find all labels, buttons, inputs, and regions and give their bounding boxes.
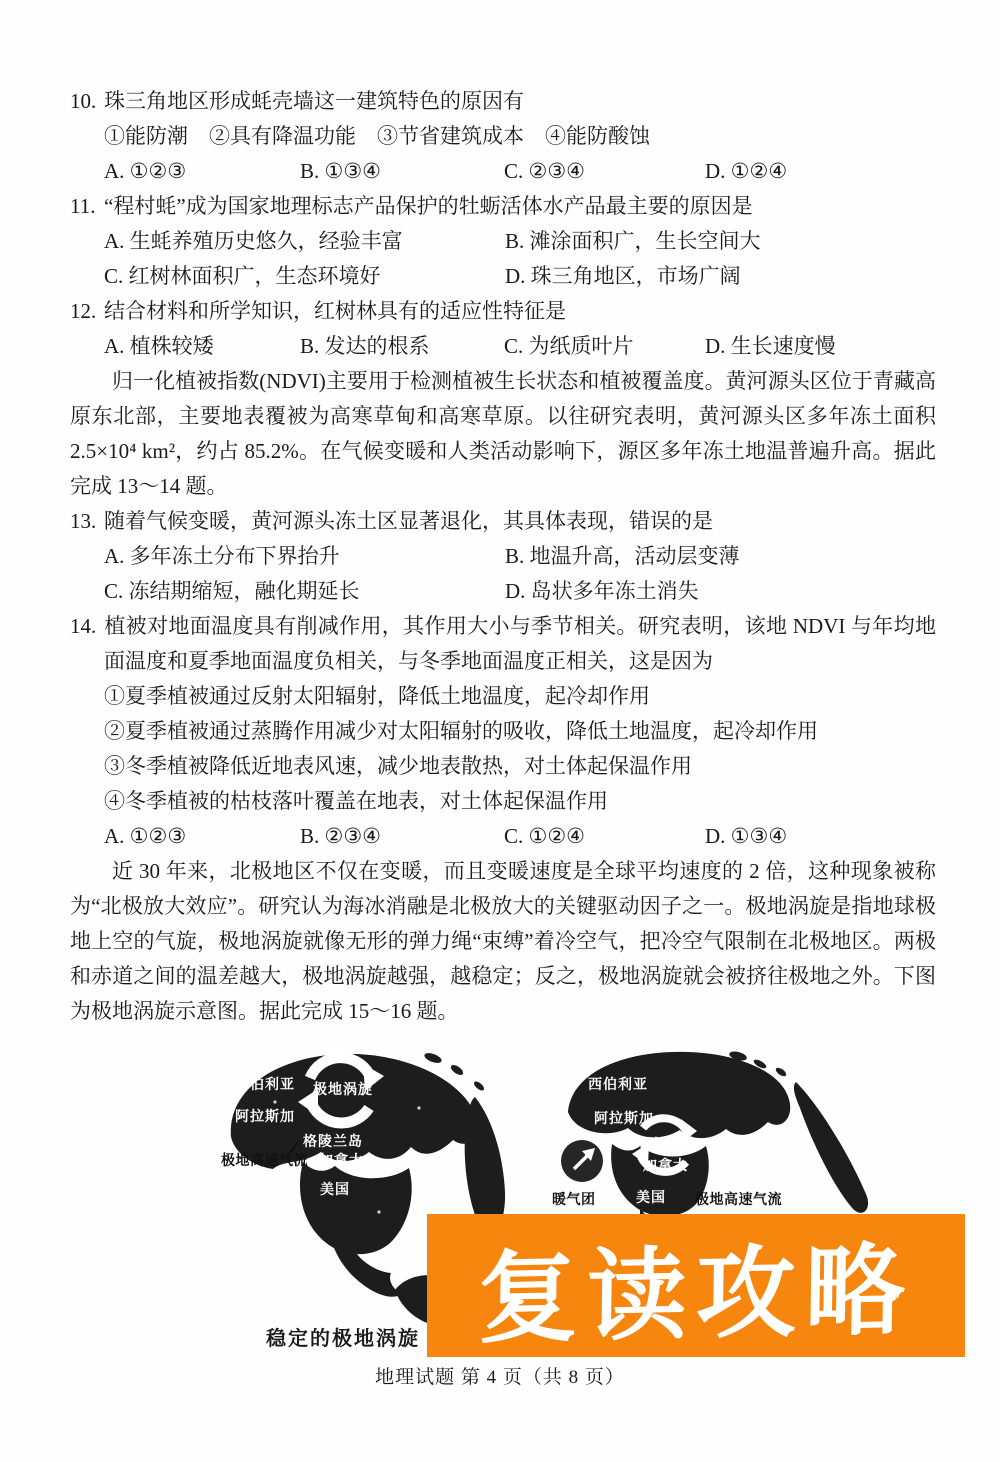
question-13-options-row1: A. 多年冻土分布下界抬升 B. 地温升高，活动层变薄: [104, 539, 936, 574]
question-14-number: 14.: [70, 609, 104, 644]
q10-option-c: C. ②③④: [504, 154, 705, 189]
question-11: 11.“程村蚝”成为国家地理标志产品保护的牡蛎活体水产品最主要的原因是: [70, 189, 936, 224]
label-siberia: 西伯利亚: [235, 1076, 295, 1092]
label-polar-vortex: 极地涡旋: [313, 1081, 373, 1097]
label-alaska: 阿拉斯加: [235, 1108, 295, 1124]
label-canada: 加拿大: [319, 1152, 364, 1168]
label-usa: 美国: [636, 1189, 666, 1205]
scan-speckle: [417, 1106, 420, 1109]
question-11-number: 11.: [70, 189, 104, 224]
watermark-banner: 复读攻略: [427, 1214, 965, 1357]
question-13-options-row2: C. 冻结期缩短，融化期延长 D. 岛状多年冻土消失: [104, 574, 936, 609]
q12-option-c: C. 为纸质叶片: [504, 329, 705, 364]
question-10-options: A. ①②③ B. ①③④ C. ②③④ D. ①②④: [104, 154, 936, 189]
watermark-text: 复读攻略: [477, 1209, 915, 1362]
north-america-landmass: [300, 1162, 412, 1254]
question-10-number: 10.: [70, 84, 104, 119]
label-canada: 加拿大: [643, 1157, 688, 1173]
label-polar-jet-stream: 极地高速气流: [221, 1152, 308, 1168]
arctic-island: [449, 1063, 464, 1077]
question-11-options-row2: C. 红树林面积广，生态环境好 D. 珠三角地区，市场广阔: [104, 259, 936, 294]
question-10-stem: 珠三角地区形成蚝壳墙这一建筑特色的原因有: [104, 89, 524, 113]
q12-option-a: A. 植株较矮: [104, 329, 300, 364]
warm-air-mass: [561, 1140, 603, 1182]
q11-option-c: C. 红树林面积广，生态环境好: [104, 259, 505, 294]
page-footer: 地理试题 第 4 页（共 8 页）: [0, 1362, 1000, 1389]
q14-option-b: B. ②③④: [300, 819, 504, 854]
question-12-stem: 结合材料和所学知识，红树林具有的适应性特征是: [104, 299, 566, 323]
arctic-island: [423, 1051, 443, 1065]
q11-option-b: B. 滩涂面积广，生长空间大: [505, 224, 936, 259]
q14-item-2: ②夏季植被通过蒸腾作用减少对太阳辐射的吸收，降低土地温度，起冷却作用: [104, 714, 936, 749]
q10-option-a: A. ①②③: [104, 154, 300, 189]
question-13: 13.随着气候变暖，黄河源头冻土区显著退化，其具体表现，错误的是: [70, 504, 936, 539]
question-10: 10.珠三角地区形成蚝壳墙这一建筑特色的原因有: [70, 84, 936, 119]
scan-speckle: [273, 1100, 276, 1103]
label-alaska: 阿拉斯加: [594, 1110, 654, 1126]
arctic-island: [472, 1080, 485, 1092]
arctic-island: [774, 1066, 787, 1078]
scan-speckle: [377, 1210, 380, 1213]
question-12: 12.结合材料和所学知识，红树林具有的适应性特征是: [70, 294, 936, 329]
label-usa: 美国: [320, 1181, 350, 1197]
q11-option-a: A. 生蚝养殖历史悠久，经验丰富: [104, 224, 505, 259]
question-14-stem: 植被对地面温度具有削减作用，其作用大小与季节相关。研究表明，该地 NDVI 与年…: [104, 614, 936, 673]
label-polar-jet-stream: 极地高速气流: [695, 1191, 782, 1207]
question-14-options: A. ①②③ B. ②③④ C. ①②④ D. ①③④: [104, 819, 936, 854]
q13-option-a: A. 多年冻土分布下界抬升: [104, 539, 505, 574]
greenland-landmass: [794, 1082, 868, 1213]
figure-caption-stable-vortex: 稳定的极地涡旋: [266, 1322, 420, 1351]
label-siberia: 西伯利亚: [588, 1076, 648, 1092]
q10-option-d: D. ①②④: [705, 154, 936, 189]
question-10-items: ①能防潮 ②具有降温功能 ③节省建筑成本 ④能防酸蚀: [104, 119, 936, 154]
q10-option-b: B. ①③④: [300, 154, 504, 189]
q14-item-1: ①夏季植被通过反射太阳辐射，降低土地温度，起冷却作用: [104, 679, 936, 714]
disturbed-vortex-globe: 西伯利亚 阿拉斯加 极地涡旋 加拿大 美国 暖气团 极地高速气流: [528, 1042, 903, 1232]
q13-option-d: D. 岛状多年冻土消失: [505, 574, 936, 609]
passage-polar-vortex: 近 30 年来，北极地区不仅在变暖，而且变暖速度是全球平均速度的 2 倍，这种现…: [70, 854, 936, 1029]
q11-option-d: D. 珠三角地区，市场广阔: [505, 259, 936, 294]
q13-option-c: C. 冻结期缩短，融化期延长: [104, 574, 505, 609]
question-12-number: 12.: [70, 294, 104, 329]
q14-option-d: D. ①③④: [705, 819, 936, 854]
q12-option-b: B. 发达的根系: [300, 329, 504, 364]
label-greenland: 格陵兰岛: [303, 1133, 363, 1149]
passage-ndvi: 归一化植被指数(NDVI)主要用于检测植被生长状态和植被覆盖度。黄河源头区位于青…: [70, 364, 936, 504]
q14-item-3: ③冬季植被降低近地表风速，减少地表散热，对土体起保温作用: [104, 749, 936, 784]
question-13-number: 13.: [70, 504, 104, 539]
q12-option-d: D. 生长速度慢: [705, 329, 936, 364]
q14-item-4: ④冬季植被的枯枝落叶覆盖在地表，对土体起保温作用: [104, 784, 936, 819]
question-14: 14.植被对地面温度具有削减作用，其作用大小与季节相关。研究表明，该地 NDVI…: [70, 609, 936, 679]
exam-page: 10.珠三角地区形成蚝壳墙这一建筑特色的原因有 ①能防潮 ②具有降温功能 ③节省…: [0, 0, 1000, 1462]
question-11-stem: “程村蚝”成为国家地理标志产品保护的牡蛎活体水产品最主要的原因是: [104, 194, 753, 218]
question-12-options: A. 植株较矮 B. 发达的根系 C. 为纸质叶片 D. 生长速度慢: [104, 329, 936, 364]
q14-option-a: A. ①②③: [104, 819, 300, 854]
q13-option-b: B. 地温升高，活动层变薄: [505, 539, 936, 574]
exam-content: 10.珠三角地区形成蚝壳墙这一建筑特色的原因有 ①能防潮 ②具有降温功能 ③节省…: [70, 84, 936, 1029]
question-11-options-row1: A. 生蚝养殖历史悠久，经验丰富 B. 滩涂面积广，生长空间大: [104, 224, 936, 259]
label-warm-air-mass: 暖气团: [552, 1191, 596, 1207]
q14-option-c: C. ①②④: [504, 819, 705, 854]
label-polar-vortex: 极地涡旋: [638, 1136, 698, 1152]
question-13-stem: 随着气候变暖，黄河源头冻土区显著退化，其具体表现，错误的是: [104, 509, 713, 533]
